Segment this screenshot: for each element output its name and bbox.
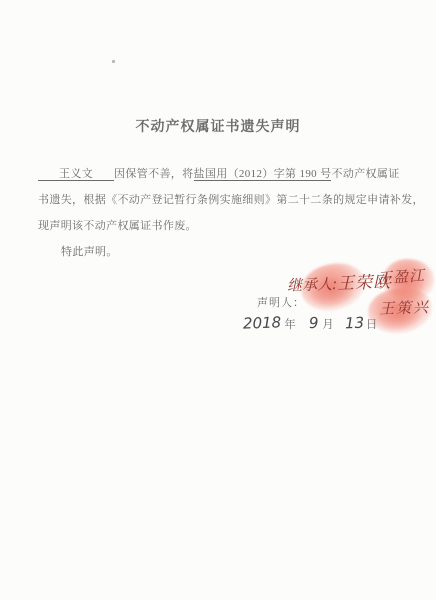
body-line-1-text-b: 不动产权属证: [331, 168, 399, 180]
thumbprint-stamp-heir-1: [297, 259, 368, 315]
document-body: 王义文因保管不善，将盐国用（2012）字第 190 号不动产权属证 书遗失，根据…: [38, 161, 412, 265]
scanned-document-page: 不动产权属证书遗失声明 王义文因保管不善，将盐国用（2012）字第 190 号不…: [0, 0, 436, 600]
body-line-1: 王义文因保管不善，将盐国用（2012）字第 190 号不动产权属证: [38, 161, 412, 187]
handwritten-year: 2018: [243, 313, 282, 332]
signature-block: 继承人:王荣欧 王盈江 声明人： 王策兴 2018年9月13日: [0, 0, 436, 600]
year-label: 年: [284, 316, 297, 332]
body-line-3: 现声明该不动产权属证书作废。: [38, 213, 412, 239]
scan-artifact-speck: [112, 60, 115, 63]
handwritten-month: 9: [308, 314, 318, 332]
heir-label: 继承人:: [287, 275, 338, 294]
document-title: 不动产权属证书遗失声明: [0, 116, 436, 136]
handwritten-heir-line: 继承人:王荣欧: [287, 268, 392, 296]
body-line-2: 书遗失，根据《不动产登记暂行条例实施细则》第二十二条的规定申请补发，: [38, 187, 412, 213]
handwritten-day: 13: [344, 314, 364, 333]
day-label: 日: [366, 316, 379, 332]
declarant-name: 王策兴: [379, 296, 431, 319]
heir-name-1: 王荣欧: [337, 273, 392, 294]
certificate-number-underlined: 盐国用（2012）字第 190 号: [194, 168, 332, 181]
month-label: 月: [322, 316, 335, 332]
declarant-label: 声明人：: [257, 294, 305, 310]
owner-name-underlined: 王义文: [38, 168, 114, 181]
body-line-1-text-a: 因保管不善，将: [114, 168, 193, 180]
date-line: 2018年9月13日: [243, 314, 378, 332]
thumbprint-stamp-declarant: [366, 285, 434, 335]
closing-statement: 特此声明。: [38, 239, 412, 265]
heir-name-2: 王盈江: [376, 264, 425, 288]
